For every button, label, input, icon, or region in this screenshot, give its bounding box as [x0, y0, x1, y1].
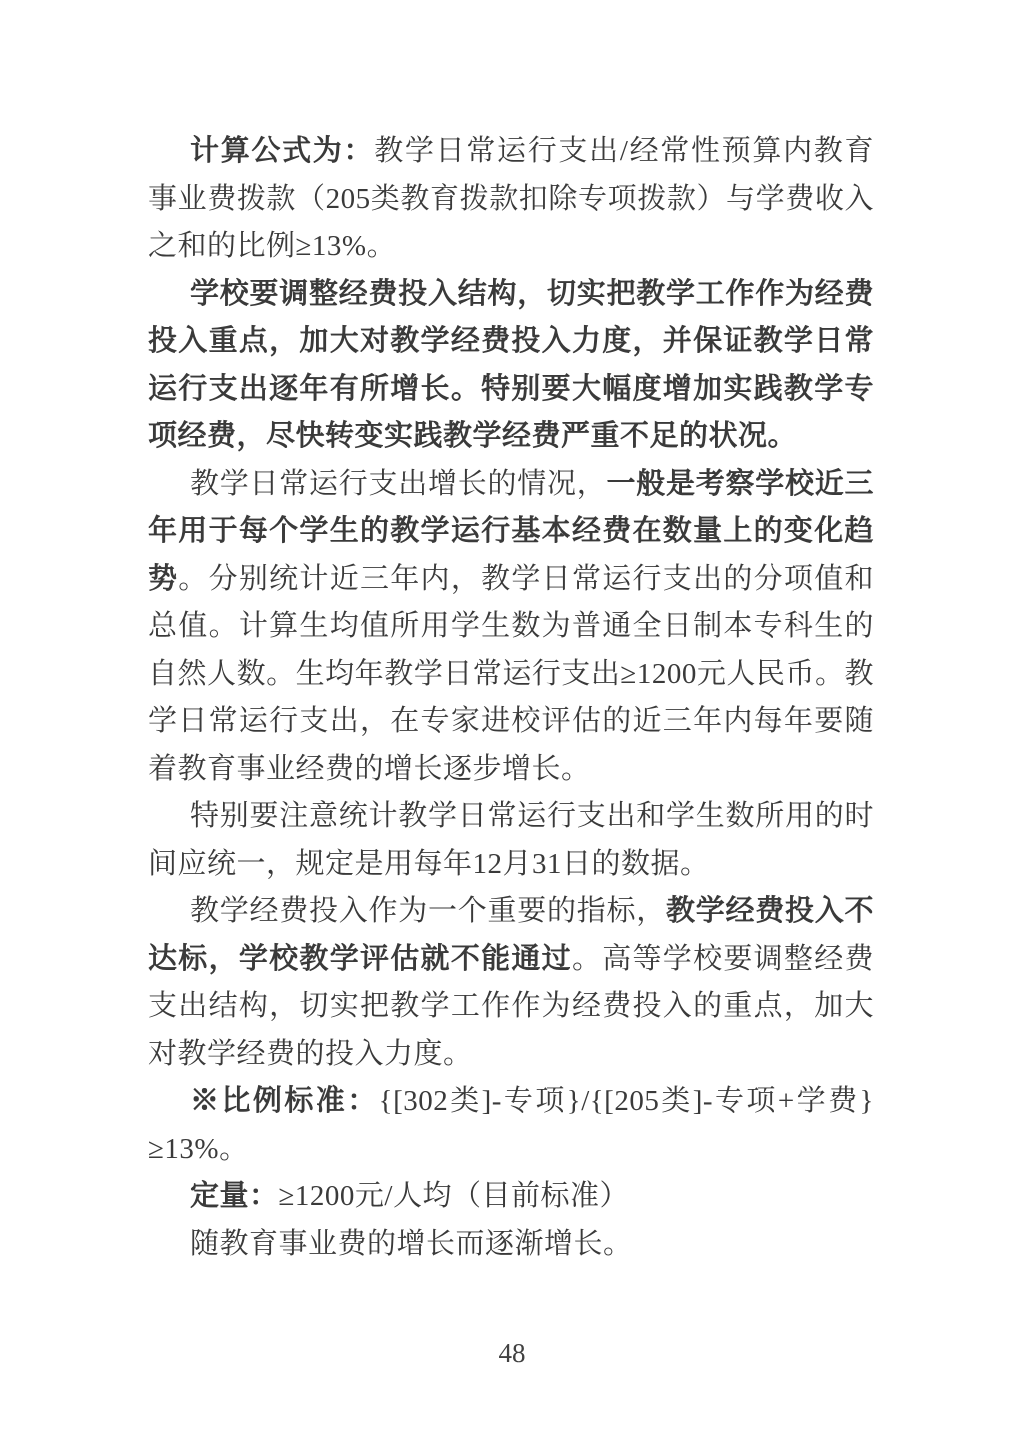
paragraph-ratio-standard: ※比例标准：{[302类]-专项}/{[205类]-专项+学费}≥13%。: [148, 1078, 874, 1173]
text-run: ※比例标准：: [190, 1085, 379, 1117]
paragraph-quantitative: 定量：≥1200元/人均（目前标准）: [148, 1173, 874, 1221]
paragraph-important-indicator: 教学经费投入作为一个重要的指标，教学经费投入不达标，学校教学评估就不能通过。高等…: [148, 888, 874, 1078]
text-run: 学校要调整经费投入结构，切实把教学工作作为经费投入重点，加大对教学经费投入力度，…: [148, 278, 874, 453]
document-body: 计算公式为：教学日常运行支出/经常性预算内教育事业费拨款（205类教育拨款扣除专…: [148, 128, 874, 1268]
page-number: 48: [0, 1338, 1024, 1369]
paragraph-expenditure-growth: 教学日常运行支出增长的情况，一般是考察学校近三年用于每个学生的教学运行基本经费在…: [148, 461, 874, 794]
text-run: 计算公式为：: [190, 135, 374, 167]
text-run: 。分别统计近三年内，教学日常运行支出的分项值和总值。计算生均值所用学生数为普通全…: [148, 563, 874, 785]
text-run: 教学经费投入作为一个重要的指标，: [190, 895, 666, 927]
paragraph-adjust-structure: 学校要调整经费投入结构，切实把教学工作作为经费投入重点，加大对教学经费投入力度，…: [148, 271, 874, 461]
text-run: 特别要注意统计教学日常运行支出和学生数所用的时间应统一，规定是用每年12月31日…: [148, 800, 874, 880]
text-run: 定量：: [190, 1180, 279, 1212]
paragraph-statistics-time: 特别要注意统计教学日常运行支出和学生数所用的时间应统一，规定是用每年12月31日…: [148, 793, 874, 888]
paragraph-calc-formula: 计算公式为：教学日常运行支出/经常性预算内教育事业费拨款（205类教育拨款扣除专…: [148, 128, 874, 271]
document-page: 计算公式为：教学日常运行支出/经常性预算内教育事业费拨款（205类教育拨款扣除专…: [0, 0, 1024, 1448]
paragraph-gradual-growth: 随教育事业费的增长而逐渐增长。: [148, 1221, 874, 1269]
text-run: ≥1200元/人均（目前标准）: [279, 1180, 629, 1212]
text-run: 教学日常运行支出增长的情况，: [190, 468, 606, 500]
text-run: 随教育事业费的增长而逐渐增长。: [190, 1228, 633, 1260]
